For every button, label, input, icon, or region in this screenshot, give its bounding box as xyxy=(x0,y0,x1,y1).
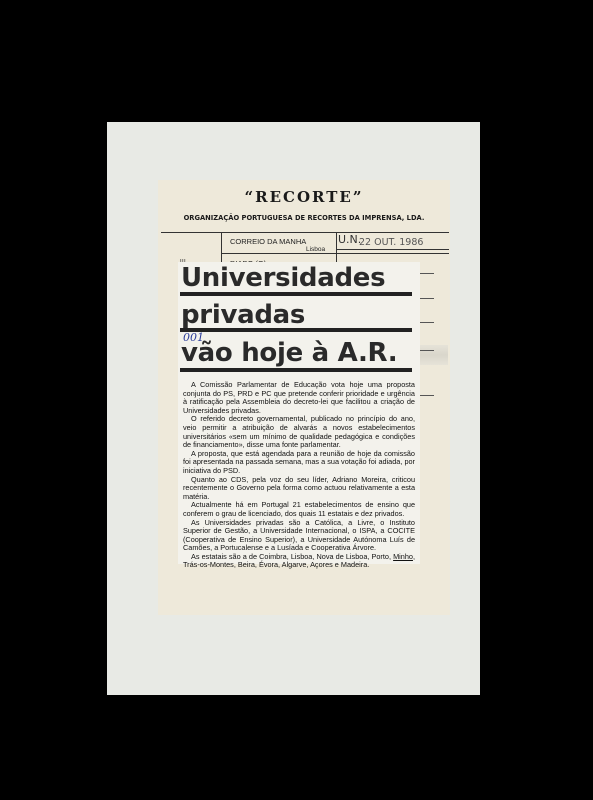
paragraph: A Comissão Parlamentar de Educação vota … xyxy=(183,381,415,415)
headline-rule xyxy=(180,368,412,372)
paragraph: As Universidades privadas são a Católica… xyxy=(183,519,415,553)
headline-rule xyxy=(180,328,412,332)
headline-rule xyxy=(180,292,412,296)
fold-shadow xyxy=(420,345,448,365)
article-body: A Comissão Parlamentar de Educação vota … xyxy=(183,381,415,570)
paragraph: O referido decreto governamental, public… xyxy=(183,415,415,449)
paragraph: Actualmente há em Portugal 21 estabeleci… xyxy=(183,501,415,518)
form-rule-date xyxy=(336,249,449,250)
stamp-code: U.N. xyxy=(338,233,361,246)
publication-city: Lisboa xyxy=(306,246,325,253)
form-rule-top xyxy=(161,232,449,233)
paragraph-last: As estatais são a de Coimbra, Lisboa, No… xyxy=(183,553,415,570)
paragraph: A proposta, que está agendada para a reu… xyxy=(183,450,415,476)
form-rule-mid xyxy=(221,253,449,254)
agency-subtitle: ORGANIZAÇÃO PORTUGUESA DE RECORTES DA IM… xyxy=(170,213,439,222)
underlined-word: Minho xyxy=(393,552,413,561)
agency-title: “RECORTE” xyxy=(158,188,450,206)
headline-line-2: privadas xyxy=(181,302,305,328)
headline-line-3: vão hoje à A.R. xyxy=(181,340,397,366)
paragraph: Quanto ao CDS, pela voz do seu líder, Ad… xyxy=(183,476,415,502)
headline-line-1: Universidades xyxy=(181,265,385,291)
clipping-date: 22 OUT. 1986 xyxy=(359,237,423,248)
publication-name: CORREIO DA MANHA xyxy=(230,237,306,246)
